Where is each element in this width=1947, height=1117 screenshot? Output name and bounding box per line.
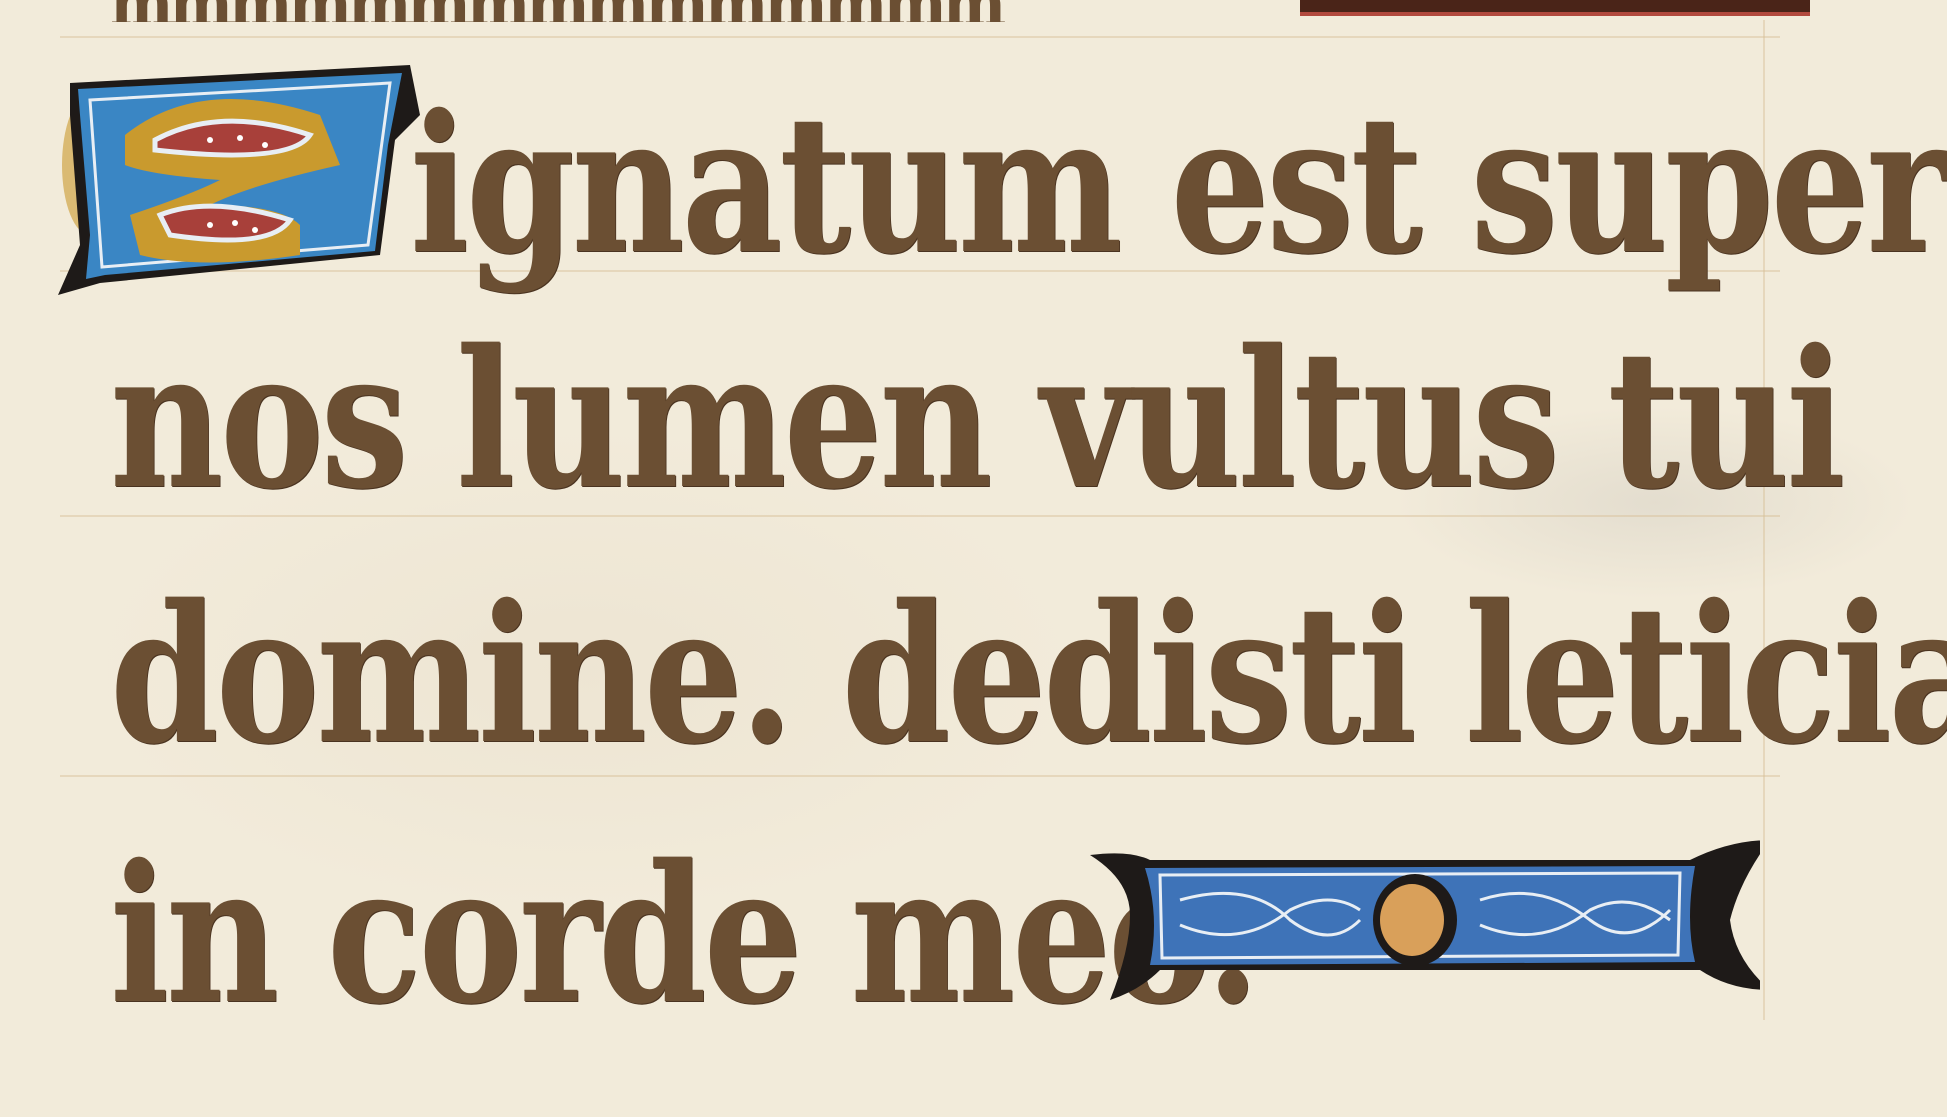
text-line-3: domine. dedisti leticiam	[110, 575, 1947, 775]
text-line-4: in corde meo.	[110, 835, 1257, 1035]
text-line-1: ignatum est super	[410, 85, 1945, 285]
illuminated-initial-s-icon	[50, 55, 420, 295]
line-filler-ornament-icon	[1090, 840, 1760, 1000]
previous-line-fragment: mmmmmmmmmmmmmmm	[110, 0, 1260, 22]
red-rubric-bar-top	[1300, 0, 1810, 16]
ruling-line	[60, 36, 1780, 38]
text-line-2: nos lumen vultus tui	[110, 320, 1842, 520]
